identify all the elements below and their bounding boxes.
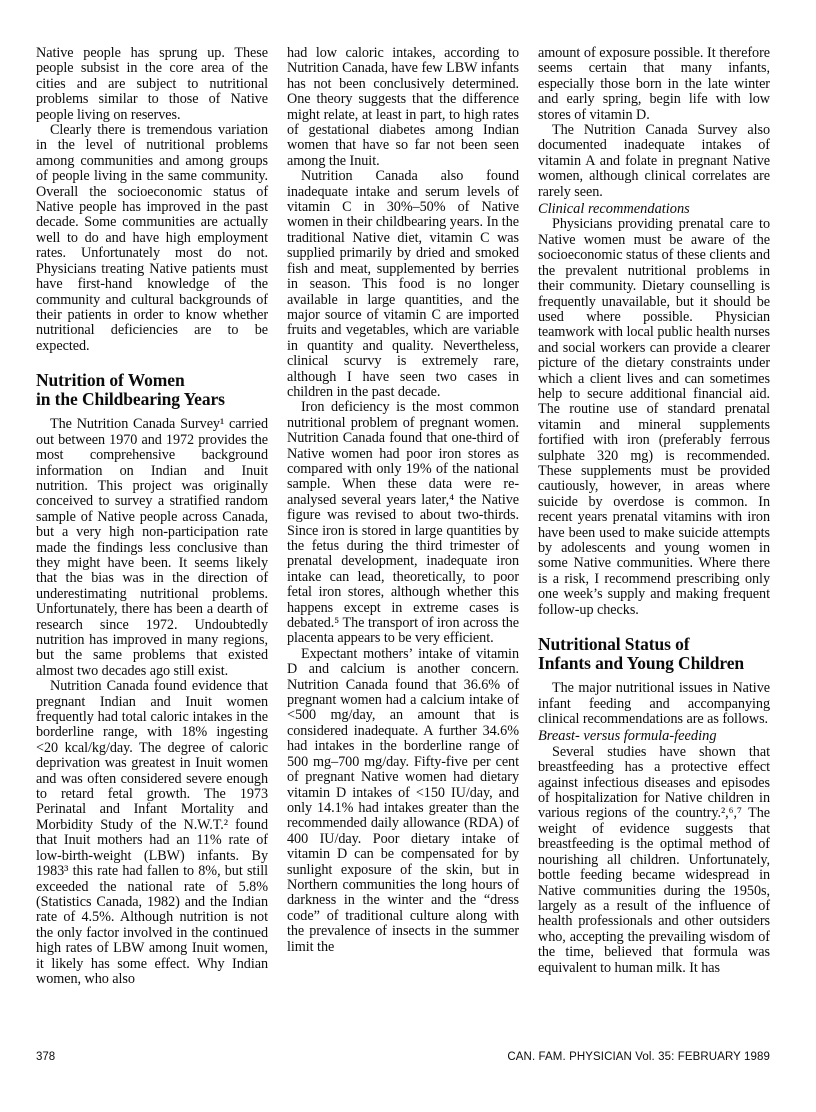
paragraph: The Nutrition Canada Survey also documen… xyxy=(538,123,770,200)
column-right: amount of exposure possible. It therefor… xyxy=(538,46,770,987)
column-middle: had low caloric intakes, according to Nu… xyxy=(287,46,519,987)
subheading-clinical-recommendations: Clinical recommendations xyxy=(538,202,770,217)
page-number: 378 xyxy=(36,1051,55,1063)
section-heading-nutrition-of-women: Nutrition of Women in the Childbearing Y… xyxy=(36,371,268,408)
paragraph: The Nutrition Canada Survey¹ carried out… xyxy=(36,417,268,679)
paragraph-continued: Native people has sprung up. These peopl… xyxy=(36,46,268,123)
paragraph: The major nutritional issues in Native i… xyxy=(538,681,770,727)
subheading-breast-versus-formula: Breast- versus formula-feeding xyxy=(538,729,770,744)
article-body: Native people has sprung up. These peopl… xyxy=(36,46,770,987)
paragraph: Clearly there is tremendous variation in… xyxy=(36,123,268,354)
column-left: Native people has sprung up. These peopl… xyxy=(36,46,268,987)
journal-citation: CAN. FAM. PHYSICIAN Vol. 35: FEBRUARY 19… xyxy=(507,1051,770,1063)
journal-page: Native people has sprung up. These peopl… xyxy=(0,0,816,1112)
paragraph: Expectant mothers’ intake of vitamin D a… xyxy=(287,647,519,955)
paragraph: Nutrition Canada also found inadequate i… xyxy=(287,169,519,400)
paragraph: Iron deficiency is the most common nutri… xyxy=(287,400,519,647)
section-heading-nutritional-status: Nutritional Status of Infants and Young … xyxy=(538,635,770,672)
page-footer: 378 CAN. FAM. PHYSICIAN Vol. 35: FEBRUAR… xyxy=(36,1051,770,1063)
paragraph: Several studies have shown that breastfe… xyxy=(538,745,770,976)
paragraph-continued: amount of exposure possible. It therefor… xyxy=(538,46,770,123)
paragraph-continued: had low caloric intakes, according to Nu… xyxy=(287,46,519,169)
paragraph: Physicians providing prenatal care to Na… xyxy=(538,217,770,618)
paragraph: Nutrition Canada found evidence that pre… xyxy=(36,679,268,987)
